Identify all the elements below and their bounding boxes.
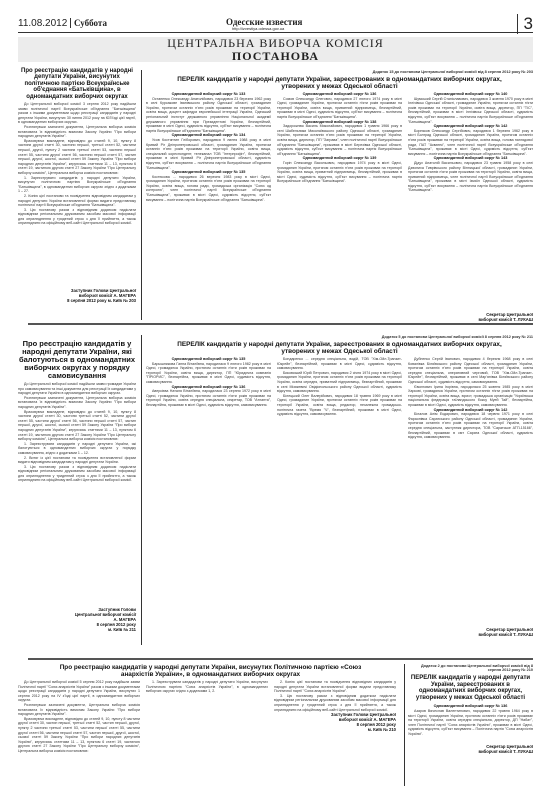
list-column: Одномандатний виборчий округ № 136 Азаро… bbox=[408, 704, 533, 744]
banner-subtitle: ПОСТАНОВА bbox=[18, 50, 533, 62]
candidate-entry: Остапенко Олександр Анатолійович, народи… bbox=[146, 97, 271, 134]
candidate-entry: Усов Костянтин Гліборович, народився 9 л… bbox=[146, 138, 271, 170]
paragraph: До Центральної виборчої комісії 5 серпня… bbox=[18, 680, 140, 703]
paragraph: 3. Цю постанову разом з відповідним дода… bbox=[18, 465, 136, 483]
candidate-entry: Шумський Сергій Станіславович, народився… bbox=[408, 97, 533, 125]
candidate-entry: Білалов Алім Екдарович, народився 18 чер… bbox=[408, 412, 533, 440]
candidate-entry: Борняков Олександр Сергійович, народився… bbox=[408, 129, 533, 157]
candidate-entry: Барышникова Ганна Віталіївна, народилася… bbox=[146, 362, 271, 385]
column-divider bbox=[141, 70, 142, 320]
list-column: Одномандатний виборчий округ № 135 Барыш… bbox=[146, 357, 271, 627]
addendum-note: Додаток 5 до постанови Центральної вибор… bbox=[146, 335, 533, 339]
candidate-entry: Євсєнович Ірина Ігорівна, народилася 25 … bbox=[408, 385, 533, 408]
newspaper-url[interactable]: http://izvestiya.odessa.gov.ua bbox=[232, 26, 284, 31]
article-heading: Про реєстрацію кандидатів у народні депу… bbox=[18, 68, 136, 100]
list-column: Дубненко Сергій Іванович, народився 4 бе… bbox=[408, 357, 533, 627]
column-divider bbox=[404, 664, 405, 786]
signature-block: Секретар Центральної виборчої комісії Т.… bbox=[146, 312, 533, 322]
article-column: 2. Копію цієї постанови та посвідчення в… bbox=[274, 680, 396, 788]
page-number: 3 bbox=[517, 14, 533, 34]
paragraph: 1. Зареєструвати кандидатів у народні де… bbox=[18, 176, 136, 194]
signature-line: виборчої комісії Т. ЛУКАШ bbox=[146, 317, 533, 322]
signature-block: Заступник Голови Центральної виборчої ко… bbox=[18, 607, 136, 632]
candidate-list-211: Додаток 5 до постанови Центральної вибор… bbox=[146, 335, 533, 637]
section-divider bbox=[28, 658, 533, 660]
candidate-list-210: Додаток 2 до постанови Центральної вибор… bbox=[408, 664, 533, 754]
addendum-note: Додаток 15 до постанови Центральної вибо… bbox=[146, 70, 533, 74]
paragraph: До Центральної виборчої комісії 3 серпня… bbox=[18, 102, 136, 125]
signature-block: Заступник Голови Центральної виборчої ко… bbox=[18, 288, 136, 303]
article-heading: Про реєстрацію кандидатів у народні депу… bbox=[18, 340, 136, 380]
article-anarchists: Про реєстрацію кандидатів у народні депу… bbox=[18, 664, 403, 788]
candidate-entry: Білецький Олег Валерійович, народився 18… bbox=[277, 394, 402, 417]
article-self-nomination: Про реєстрацію кандидатів у народні депу… bbox=[18, 340, 136, 632]
paragraph: Розглянувши зазначені документи, Централ… bbox=[18, 125, 136, 139]
candidate-entry: Костюкова ... народився 26 вересня 1983 … bbox=[146, 175, 271, 203]
masthead: 11.08.2012 Суббота Одесские известия htt… bbox=[18, 18, 533, 33]
candidate-entry: Бондаренко ... середня спеціальна, водій… bbox=[277, 357, 402, 371]
candidate-entry: Задорожнюк Василь Миколайович, народився… bbox=[277, 124, 402, 156]
candidate-entry: Дідух Анатолій Васильович, народився 23 … bbox=[408, 161, 533, 193]
candidate-entry: Биковський Юрій Петрович, народився 2 сі… bbox=[277, 371, 402, 394]
signature-block: Секретар Центральної виборчої комісії Т.… bbox=[408, 744, 533, 754]
signature-line: 8 серпня 2012 року м. Київ № 203 bbox=[18, 298, 136, 303]
list-column: Одномандатний виборчий округ № 133 Остап… bbox=[146, 92, 271, 312]
addendum-note: Додаток 2 до постанови Центральної вибор… bbox=[408, 664, 533, 672]
paragraph: 1. Зареєструвати кандидатів у народні де… bbox=[18, 442, 136, 456]
signature-line: м. Київ № 211 bbox=[18, 627, 136, 632]
paragraph: 1. Зареєструвати кандидатів у народні де… bbox=[146, 680, 268, 694]
signature-line: виборчої комісії Т. ЛУКАШ bbox=[408, 749, 533, 754]
candidate-list-203: Додаток 15 до постанови Центральної вибо… bbox=[146, 70, 533, 322]
list-title: ПЕРЕЛІК кандидатів у народні депутати Ук… bbox=[166, 76, 513, 90]
candidate-entry: Сомов Олександр Олегович, народився 27 л… bbox=[277, 97, 402, 120]
paragraph: Розглянувши зазначені документи, Централ… bbox=[18, 703, 140, 717]
paragraph: 3. Цю постанову разом з відповідним дода… bbox=[18, 208, 136, 226]
paragraph: Враховуючи викладене, відповідно до стат… bbox=[18, 410, 136, 442]
article-body: До Центральної виборчої комісії надійшли… bbox=[18, 382, 136, 607]
paragraph: 2. Копію цієї постанови та посвідчення в… bbox=[18, 194, 136, 208]
candidate-entry: Аверкієва Наталя Віталіївна, народилася … bbox=[146, 389, 271, 407]
paragraph: Розглянувши зазначені документи, Централ… bbox=[18, 396, 136, 410]
list-title: ПЕРЕЛІК кандидатів у народні депутати Ук… bbox=[408, 675, 533, 701]
list-column: Одномандатний виборчий округ № 140 Шумсь… bbox=[408, 92, 533, 312]
signature-block: Секретар Центральної виборчої комісії Т.… bbox=[146, 627, 533, 637]
list-title: ПЕРЕЛІК кандидатів у народні депутати Ук… bbox=[166, 341, 513, 355]
signature-line: м. Київ № 210 bbox=[274, 727, 396, 732]
list-column: Бондаренко ... середня спеціальна, водій… bbox=[277, 357, 402, 627]
article-column: 1. Зареєструвати кандидатів у народні де… bbox=[146, 680, 268, 788]
column-divider bbox=[141, 335, 142, 645]
signature-line: виборчої комісії Т. ЛУКАШ bbox=[146, 632, 533, 637]
issue-date: 11.08.2012 bbox=[18, 18, 67, 29]
signature-block: Заступник Голови Центральної виборчої ко… bbox=[274, 712, 396, 732]
candidate-entry: Горін Олександр Васильович, народився 19… bbox=[277, 161, 402, 184]
candidate-entry: Дубненко Сергій Іванович, народився 4 бе… bbox=[408, 357, 533, 385]
paragraph: 2. Копію цієї постанови та посвідчення в… bbox=[274, 680, 396, 694]
article-column: До Центральної виборчої комісії 5 серпня… bbox=[18, 680, 140, 788]
paragraph: Враховуючи викладене, відповідно до стат… bbox=[18, 717, 140, 754]
section-banner: ЦЕНТРАЛЬНА ВИБОРЧА КОМІСІЯ ПОСТАНОВА bbox=[18, 37, 533, 62]
paragraph: Враховуючи викладене, відповідно до стат… bbox=[18, 139, 136, 176]
issue-day: Суббота bbox=[70, 18, 107, 28]
candidate-entry: Азаров Вячеслав Валентинович, народився … bbox=[408, 709, 533, 737]
section-divider bbox=[28, 323, 533, 325]
article-heading: Про реєстрацію кандидатів у народні депу… bbox=[18, 664, 403, 678]
article-batkivshchyna: Про реєстрацію кандидатів у народні депу… bbox=[18, 68, 136, 303]
paragraph: До Центральної виборчої комісії надійшли… bbox=[18, 382, 136, 396]
article-body: До Центральної виборчої комісії 3 серпня… bbox=[18, 102, 136, 288]
paragraph: 3. Цю постанову разом з відповідним дода… bbox=[274, 694, 396, 712]
paragraph: 2. Витяг із цієї постанови та посвідченн… bbox=[18, 456, 136, 465]
list-column: Одномандатний виборчий округ № 136 Сомов… bbox=[277, 92, 402, 312]
